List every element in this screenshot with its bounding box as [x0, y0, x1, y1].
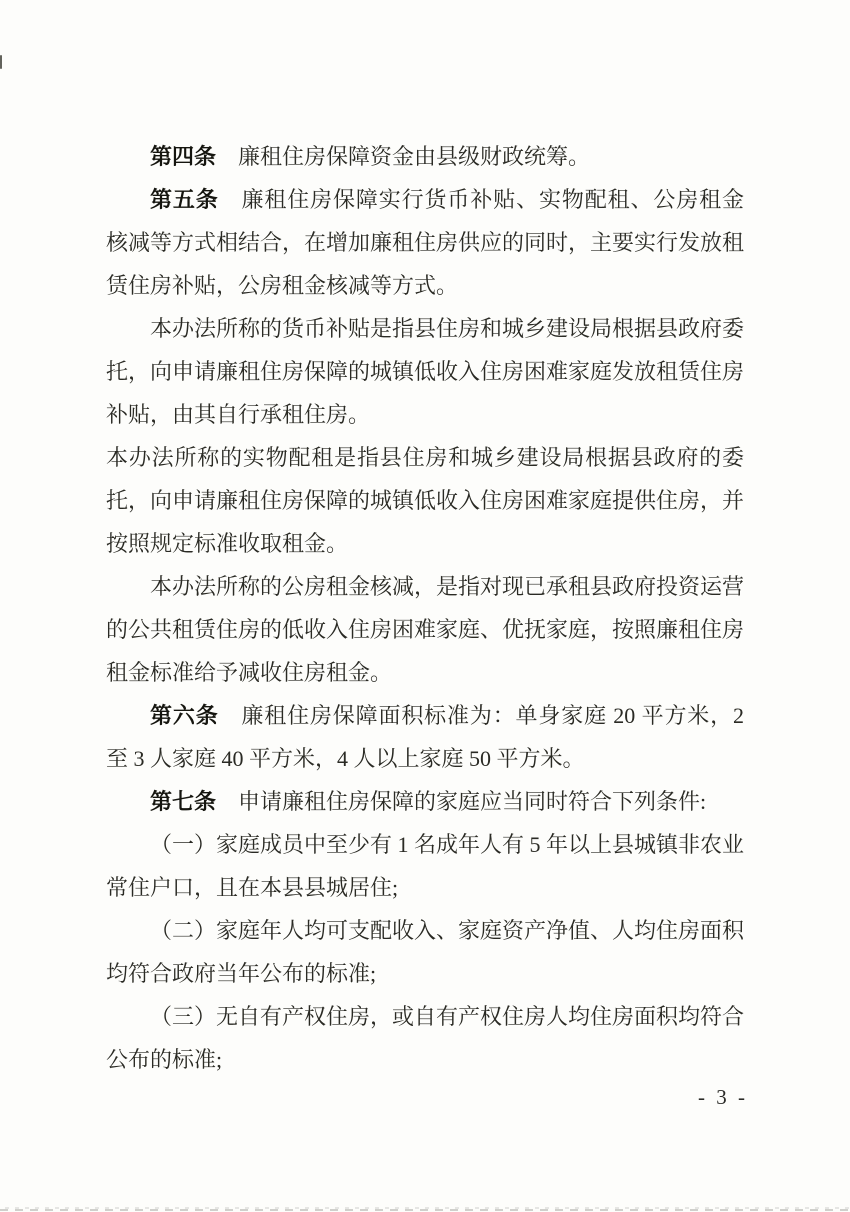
paragraph: （一）家庭成员中至少有 1 名成年人有 5 年以上县城镇非农业常住户口，且在本县… — [106, 823, 744, 909]
article-number: 第七条 — [150, 789, 216, 814]
article-number: 第五条 — [150, 187, 219, 212]
scan-artifact-bottom-edge — [0, 1205, 850, 1211]
document-page: 第四条 廉租住房保障资金由县级财政统筹。第五条 廉租住房保障实行货币补贴、实物配… — [0, 0, 850, 1212]
page-number: - 3 - — [698, 1084, 748, 1110]
paragraph: 第五条 廉租住房保障实行货币补贴、实物配租、公房租金核减等方式相结合，在增加廉租… — [106, 178, 744, 307]
article-number: 第四条 — [150, 144, 216, 169]
article-number: 第六条 — [150, 703, 219, 728]
document-body: 第四条 廉租住房保障资金由县级财政统筹。第五条 廉租住房保障实行货币补贴、实物配… — [106, 135, 744, 1081]
scan-artifact-left-edge — [0, 55, 2, 69]
paragraph: 第七条 申请廉租住房保障的家庭应当同时符合下列条件: — [106, 780, 744, 823]
paragraph: 本办法所称的实物配租是指县住房和城乡建设局根据县政府的委托，向申请廉租住房保障的… — [106, 436, 744, 565]
paragraph: 第四条 廉租住房保障资金由县级财政统筹。 — [106, 135, 744, 178]
paragraph: 第六条 廉租住房保障面积标准为：单身家庭 20 平方米，2 至 3 人家庭 40… — [106, 694, 744, 780]
paragraph: 本办法所称的货币补贴是指县住房和城乡建设局根据县政府委托，向申请廉租住房保障的城… — [106, 307, 744, 436]
paragraph: （三）无自有产权住房，或自有产权住房人均住房面积均符合公布的标准; — [106, 995, 744, 1081]
paragraph: （二）家庭年人均可支配收入、家庭资产净值、人均住房面积均符合政府当年公布的标准; — [106, 909, 744, 995]
paragraph: 本办法所称的公房租金核减，是指对现已承租县政府投资运营的公共租赁住房的低收入住房… — [106, 565, 744, 694]
